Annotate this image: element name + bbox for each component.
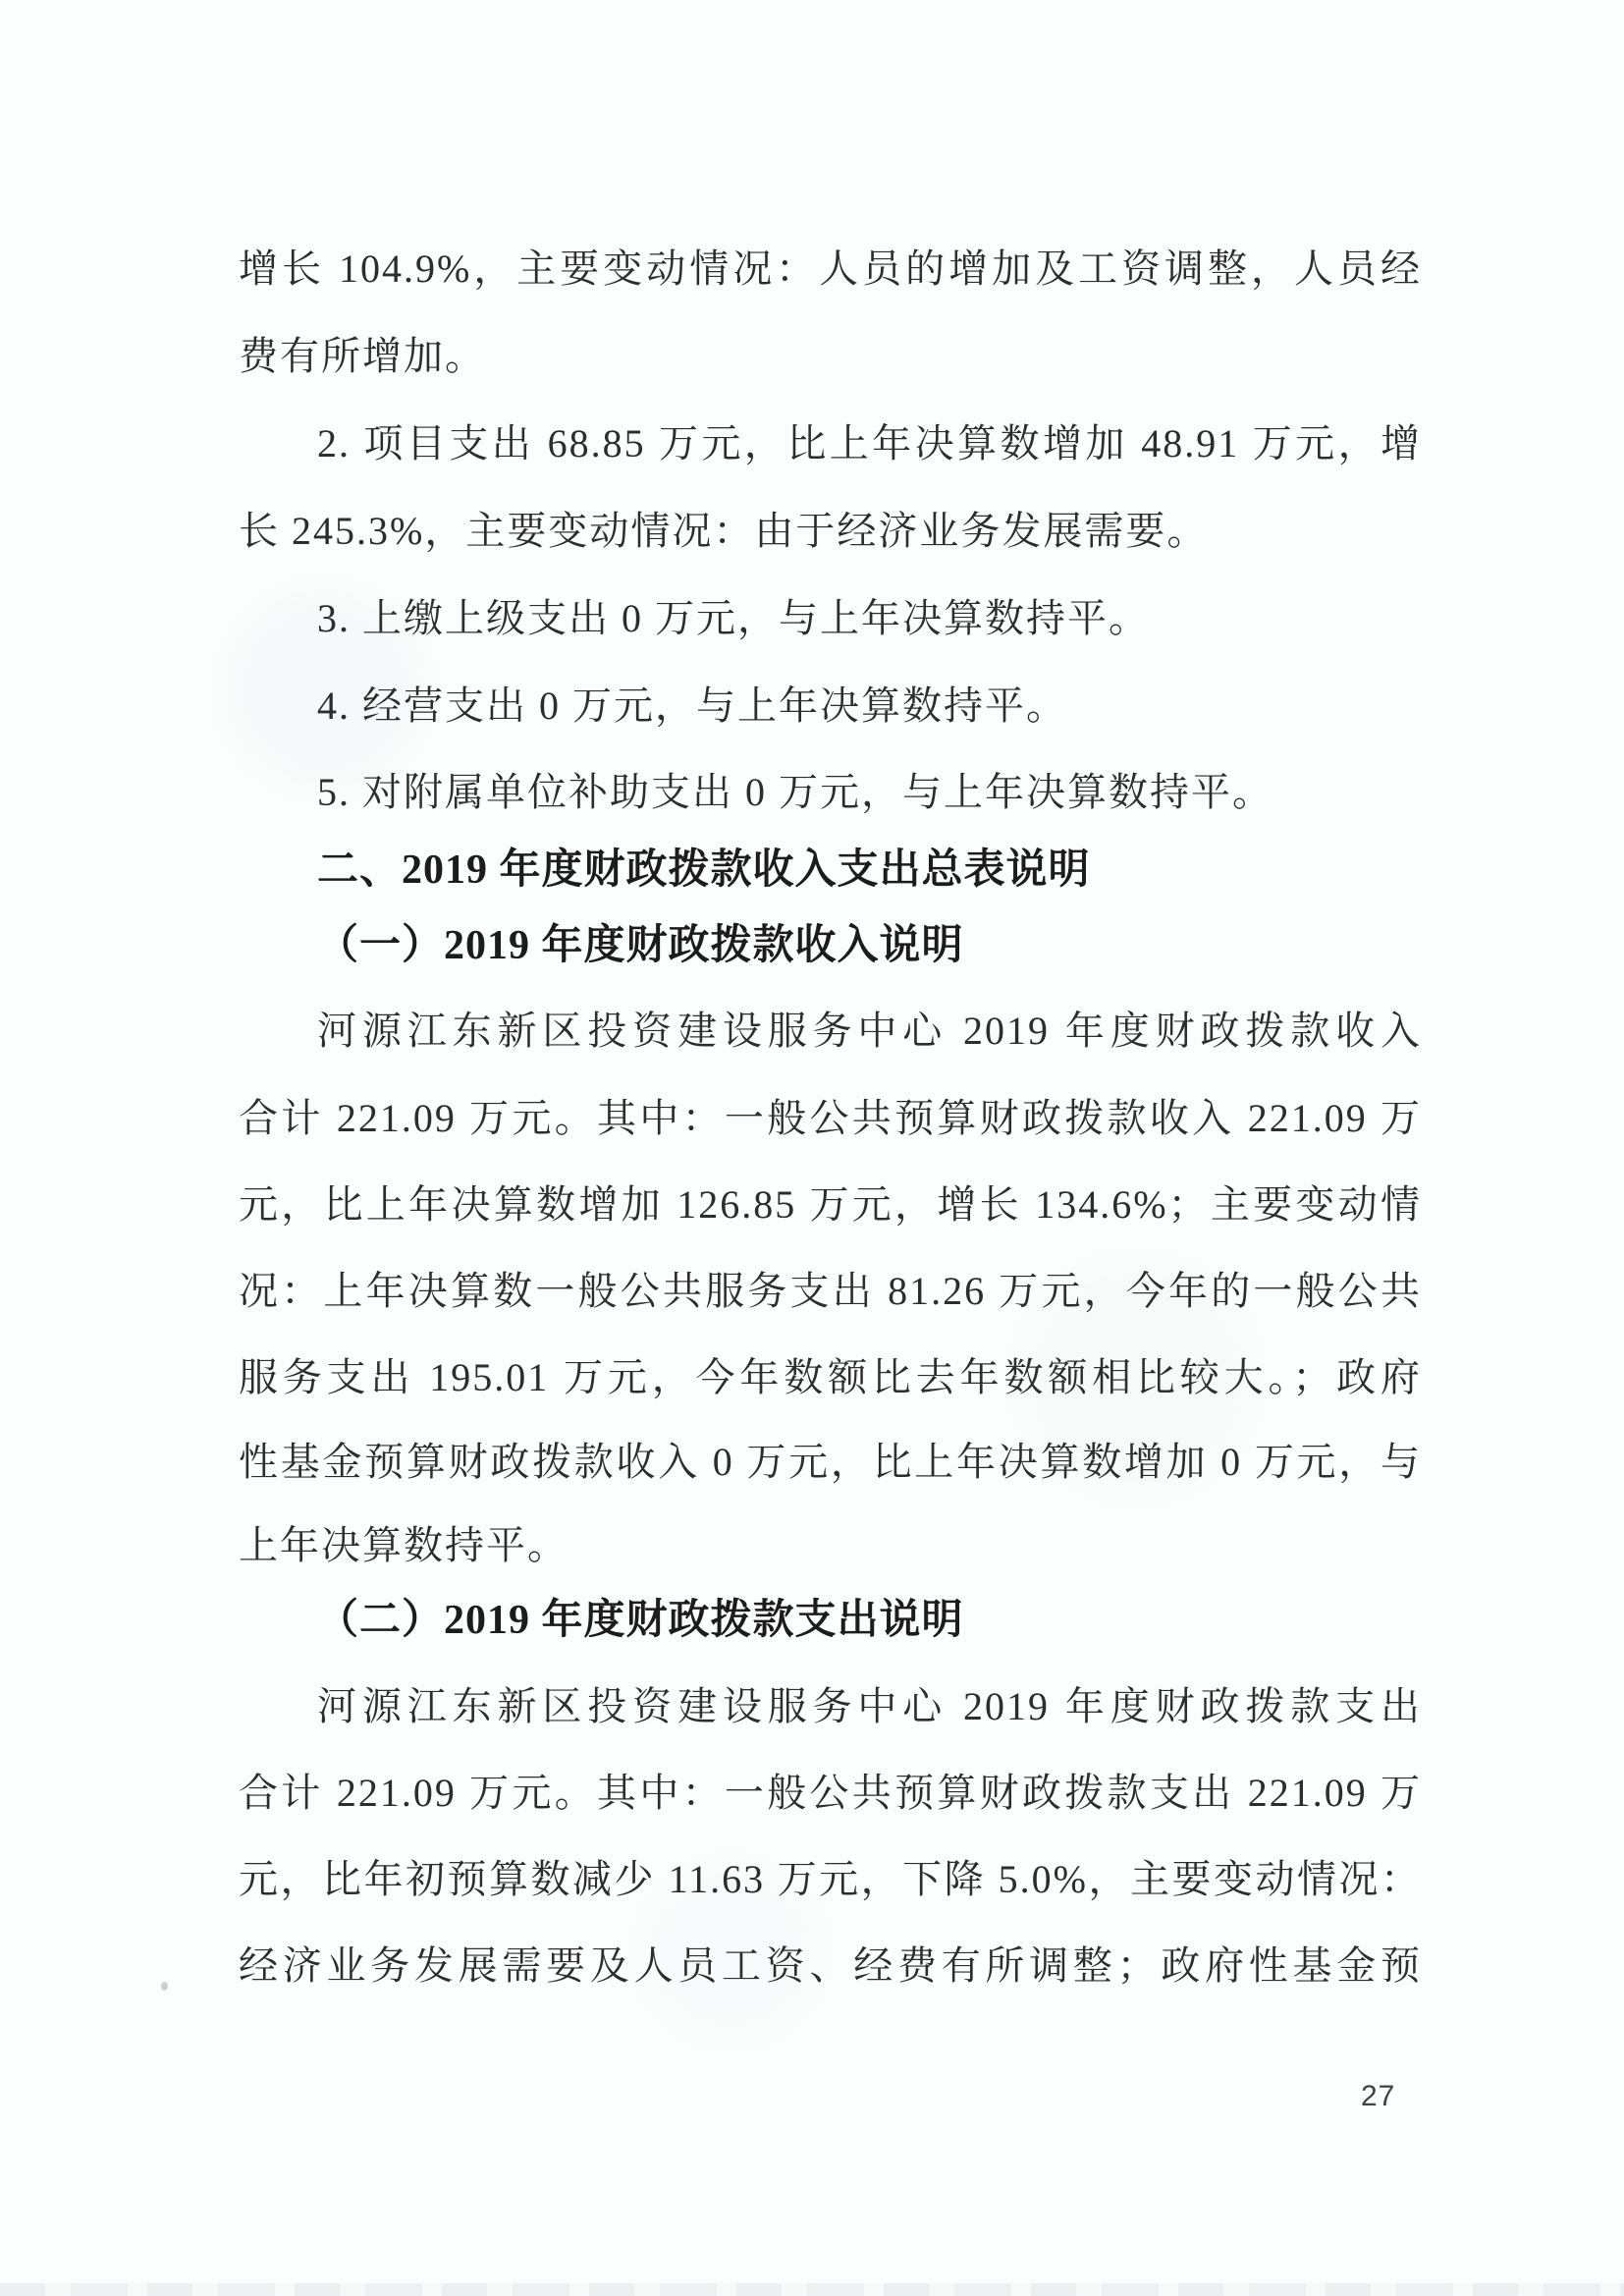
body-line: 合计 221.09 万元。其中：一般公共预算财政拨款支出 221.09 万 (239, 1770, 1422, 1817)
scan-speckle (161, 1982, 168, 1991)
body-line: 经济业务发展需要及人员工资、经费有所调整；政府性基金预 (239, 1942, 1422, 1990)
body-line: 增长 104.9%，主要变动情况：人员的增加及工资调整，人员经 (239, 246, 1422, 293)
body-line: 上年决算数持平。 (239, 1522, 1422, 1569)
body-line: 2. 项目支出 68.85 万元，比上年决算数增加 48.91 万元，增 (239, 420, 1422, 467)
body-line: 合计 221.09 万元。其中：一般公共预算财政拨款收入 221.09 万 (239, 1095, 1422, 1142)
body-line: 河源江东新区投资建设服务中心 2019 年度财政拨款收入 (239, 1008, 1422, 1055)
body-line: 河源江东新区投资建设服务中心 2019 年度财政拨款支出 (239, 1683, 1422, 1730)
body-line: 况：上年决算数一般公共服务支出 81.26 万元，今年的一般公共 (239, 1268, 1422, 1315)
section-heading: 二、2019 年度财政拨款收入支出总表说明 (239, 846, 1422, 895)
subsection-heading: （一）2019 年度财政拨款收入说明 (239, 921, 1422, 970)
body-line: 元，比上年决算数增加 126.85 万元，增长 134.6%；主要变动情 (239, 1181, 1422, 1229)
subsection-heading: （二）2019 年度财政拨款支出说明 (239, 1596, 1422, 1645)
body-line: 长 245.3%，主要变动情况：由于经济业务发展需要。 (239, 508, 1422, 555)
body-line: 性基金预算财政拨款收入 0 万元，比上年决算数增加 0 万元，与 (239, 1439, 1422, 1486)
body-line: 元，比年初预算数减少 11.63 万元，下降 5.0%，主要变动情况： (239, 1856, 1422, 1903)
document-page: 增长 104.9%，主要变动情况：人员的增加及工资调整，人员经 费有所增加。 2… (0, 0, 1624, 2296)
body-line: 3. 上缴上级支出 0 万元，与上年决算数持平。 (239, 595, 1422, 642)
body-line: 4. 经营支出 0 万元，与上年决算数持平。 (239, 683, 1422, 730)
scan-edge-artifact (0, 2283, 1624, 2296)
body-line: 5. 对附属单位补助支出 0 万元，与上年决算数持平。 (239, 769, 1422, 816)
body-line: 服务支出 195.01 万元，今年数额比去年数额相比较大。；政府 (239, 1354, 1422, 1401)
body-line: 费有所增加。 (239, 333, 1422, 380)
page-number: 27 (1361, 2080, 1395, 2113)
